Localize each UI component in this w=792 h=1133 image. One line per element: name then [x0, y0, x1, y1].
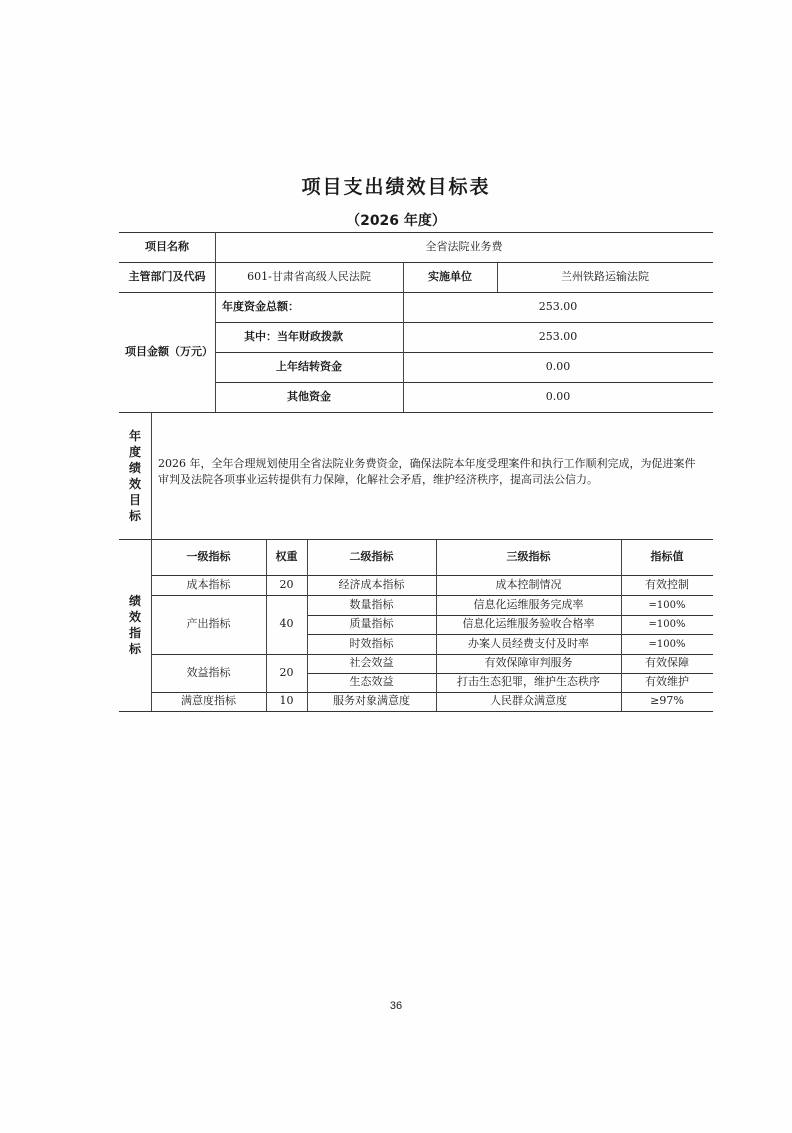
weight-satisfaction: 10	[266, 692, 307, 711]
indicator-value: ≥97%	[621, 692, 713, 711]
fund-label-total: 年度资金总额：	[222, 292, 402, 322]
divider	[119, 412, 713, 413]
level2: 质量指标	[307, 615, 436, 634]
level1-satisfaction: 满意度指标	[151, 692, 266, 711]
header-level1: 一级指标	[151, 539, 266, 575]
page-number: 36	[0, 1000, 792, 1012]
weight-cost: 20	[266, 575, 307, 595]
level3: 成本控制情况	[436, 575, 621, 595]
fund-label-carryover: 上年结转资金	[215, 352, 403, 382]
project-name-label: 项目名称	[119, 232, 215, 262]
level1-output: 产出指标	[151, 595, 266, 654]
goal-text: 2026 年，全年合理规划使用全省法院业务费资金，确保法院本年度受理案件和执行工…	[158, 456, 706, 488]
impl-label: 实施单位	[403, 262, 497, 292]
header-value: 指标值	[621, 539, 713, 575]
level2: 经济成本指标	[307, 575, 436, 595]
indicator-value: 有效控制	[621, 575, 713, 595]
level1-benefit: 效益指标	[151, 654, 266, 692]
indicator-value: =100%	[621, 634, 713, 654]
indicators-label: 绩 效 指 标	[119, 575, 151, 675]
fund-value-other: 0.00	[403, 382, 713, 412]
level2: 服务对象满意度	[307, 692, 436, 711]
project-name-value: 全省法院业务费	[215, 232, 713, 262]
page-title: 项目支出绩效目标表	[0, 172, 792, 199]
header-level3: 三级指标	[436, 539, 621, 575]
weight-output: 40	[266, 595, 307, 654]
level2: 时效指标	[307, 634, 436, 654]
impl-value: 兰州铁路运输法院	[497, 262, 713, 292]
level3: 办案人员经费支付及时率	[436, 634, 621, 654]
fund-value-current: 253.00	[403, 322, 713, 352]
table-bottom-border	[119, 711, 713, 712]
indicator-value: =100%	[621, 595, 713, 615]
level3: 信息化运维服务完成率	[436, 595, 621, 615]
dept-value: 601-甘肃省高级人民法院	[215, 262, 403, 292]
header-level2: 二级指标	[307, 539, 436, 575]
fund-label-other: 其他资金	[215, 382, 403, 412]
level2: 生态效益	[307, 673, 436, 692]
dept-label: 主管部门及代码	[119, 262, 215, 292]
fund-label-current: 其中：当年财政拨款	[244, 322, 402, 352]
level3: 有效保障审判服务	[436, 654, 621, 673]
fund-value-total: 253.00	[403, 292, 713, 322]
funds-label: 项目金额（万元）	[125, 292, 209, 412]
level3: 打击生态犯罪，维护生态秩序	[436, 673, 621, 692]
page-subtitle: （2026 年度）	[0, 210, 792, 230]
level1-cost: 成本指标	[151, 575, 266, 595]
indicator-value: 有效维护	[621, 673, 713, 692]
level3: 信息化运维服务验收合格率	[436, 615, 621, 634]
level2: 数量指标	[307, 595, 436, 615]
goal-label: 年 度 绩 效 目 标	[119, 412, 151, 539]
header-weight: 权重	[266, 539, 307, 575]
fund-value-carryover: 0.00	[403, 352, 713, 382]
weight-benefit: 20	[266, 654, 307, 692]
level2: 社会效益	[307, 654, 436, 673]
indicator-value: 有效保障	[621, 654, 713, 673]
level3: 人民群众满意度	[436, 692, 621, 711]
indicator-value: =100%	[621, 615, 713, 634]
